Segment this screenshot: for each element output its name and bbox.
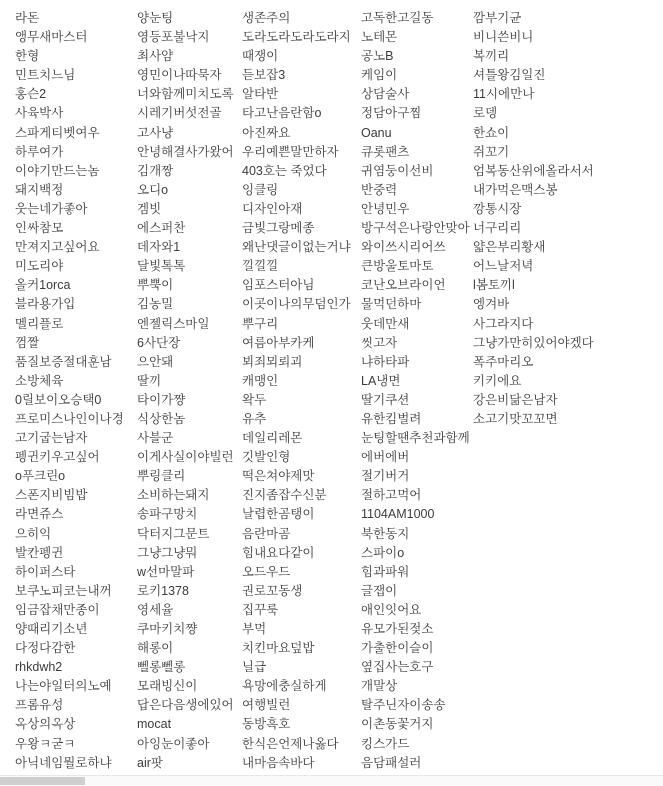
list-item: 동방흑호 xyxy=(242,715,351,734)
list-item: 귀염둥이선비 xyxy=(361,162,470,181)
list-item: 홍슨2 xyxy=(15,85,124,104)
list-item: 안녕해결사가왔어 xyxy=(137,143,234,162)
list-item: 공노B xyxy=(361,47,470,66)
list-item: 치킨마요덮밥 xyxy=(242,639,351,658)
list-item: 정담아구찜 xyxy=(361,104,470,123)
list-item: 블라용가입 xyxy=(15,295,124,314)
list-item: 모래빙신이 xyxy=(137,677,234,696)
list-item: 우리예쁜말만하자 xyxy=(242,143,351,162)
list-item: 이야기만드는놈 xyxy=(15,162,124,181)
nickname-column-4: 고독한고길동노테몬공노B케임이상담술사정담아구찜Oanu큐롯팬츠귀염둥이선비반중… xyxy=(361,9,470,773)
list-item: 깜부기균 xyxy=(473,9,594,28)
list-item: 엄복동산위에올라서서 xyxy=(473,162,594,181)
list-item: 으안돼 xyxy=(137,353,234,372)
list-item: 양때리기소년 xyxy=(15,620,124,639)
nickname-column-2: 양눈팅영등포불낙지최사얌영민이나따묵자너와함께미치도록시레기버섯전골고사냥안녕해… xyxy=(137,9,234,773)
list-item: 안녕민우 xyxy=(361,200,470,219)
list-item: 딸기쿠션 xyxy=(361,391,470,410)
list-item: 떡은쳐야제맛 xyxy=(242,467,351,486)
list-item: 뻴롱뻴롱 xyxy=(137,658,234,677)
list-item: 디자인아재 xyxy=(242,200,351,219)
list-item: 6사단장 xyxy=(137,334,234,353)
list-item: 데일리레몬 xyxy=(242,429,351,448)
list-item: 시레기버섯전골 xyxy=(137,104,234,123)
list-item: 웃데만새 xyxy=(361,315,470,334)
list-item: 양눈팅 xyxy=(137,9,234,28)
list-item: 복끼리 xyxy=(473,47,594,66)
list-item: 노테몬 xyxy=(361,28,470,47)
list-item: 로뎅 xyxy=(473,104,594,123)
list-item: 김개짱 xyxy=(137,162,234,181)
list-item: 엥겨바 xyxy=(473,295,594,314)
list-item: 타고난음란함o xyxy=(242,104,351,123)
list-item: 캐맹인 xyxy=(242,372,351,391)
list-item: 씻고자 xyxy=(361,334,470,353)
list-item: 만져지고싶어요 xyxy=(15,238,124,257)
list-item: 임포스터아님 xyxy=(242,276,351,295)
list-item: 쥐꼬기 xyxy=(473,143,594,162)
list-item: rhkdwh2 xyxy=(15,658,124,677)
list-item: 상담술사 xyxy=(361,85,470,104)
list-item: 소비하는돼지 xyxy=(137,486,234,505)
list-item: 에스퍼찬 xyxy=(137,219,234,238)
list-item: 비니쓴비니 xyxy=(473,28,594,47)
list-item: 애인잇어요 xyxy=(361,601,470,620)
list-item: 한쇼이 xyxy=(473,124,594,143)
list-item: 로키1378 xyxy=(137,582,234,601)
list-item: 절하고먹어 xyxy=(361,486,470,505)
list-item: 인싸참모 xyxy=(15,219,124,238)
list-item: 너구리리 xyxy=(473,219,594,238)
list-item: 키키에요 xyxy=(473,372,594,391)
list-item: 에버에버 xyxy=(361,448,470,467)
list-item: 냐하타파 xyxy=(361,353,470,372)
list-item: 미도리야 xyxy=(15,257,124,276)
list-item: 소방체육 xyxy=(15,372,124,391)
list-item: Oanu xyxy=(361,124,470,143)
list-item: 알타반 xyxy=(242,85,351,104)
list-item: 큐롯팬츠 xyxy=(361,143,470,162)
list-item: 권로꼬동생 xyxy=(242,582,351,601)
list-item: 아진짜요 xyxy=(242,124,351,143)
list-item: 껌짤 xyxy=(15,334,124,353)
list-item: 깡통시장 xyxy=(473,200,594,219)
list-item: 유모가된젖소 xyxy=(361,620,470,639)
list-item: 라돈 xyxy=(15,9,124,28)
list-item: air팟 xyxy=(137,754,234,773)
list-item: 북한동지 xyxy=(361,525,470,544)
list-item: 으히익 xyxy=(15,525,124,544)
list-item: 킹스가드 xyxy=(361,735,470,754)
list-item: 왁두 xyxy=(242,391,351,410)
list-item: 돼지백정 xyxy=(15,181,124,200)
list-item: 고기굽는남자 xyxy=(15,429,124,448)
list-item: 너와함께미치도록 xyxy=(137,85,234,104)
list-item: w선마말파 xyxy=(137,563,234,582)
list-item: 뿌링클리 xyxy=(137,467,234,486)
list-item: 한형 xyxy=(15,47,124,66)
list-item: 듣보잡3 xyxy=(242,66,351,85)
list-item: 스파이o xyxy=(361,544,470,563)
list-item: 0릴보이오승택0 xyxy=(15,391,124,410)
horizontal-scrollbar[interactable] xyxy=(0,775,663,786)
list-item: 해롱이 xyxy=(137,639,234,658)
list-item: 타이가쨩 xyxy=(137,391,234,410)
list-item: 식상한놈 xyxy=(137,410,234,429)
nickname-list-page: 라돈앵무새마스터한형민트치느님홍슨2사육박사스파게티벳여우하루여가이야기만드는놈… xyxy=(0,0,663,786)
list-item: o푸크린o xyxy=(15,467,124,486)
list-item: 물먹던하마 xyxy=(361,295,470,314)
list-item: 폭주마리오 xyxy=(473,353,594,372)
list-item: 셔틀왕김일진 xyxy=(473,66,594,85)
list-item: 얇은부리황새 xyxy=(473,238,594,257)
list-item: 아닉네임뭘로하냐 xyxy=(15,754,124,773)
list-item: 뵈죄뫼뢰괴 xyxy=(242,353,351,372)
list-item: 개말상 xyxy=(361,677,470,696)
list-item: 아잉눈이좋아 xyxy=(137,735,234,754)
list-item: 여름아부카케 xyxy=(242,334,351,353)
list-item: mocat xyxy=(137,715,234,734)
list-item: 힘내요다같이 xyxy=(242,544,351,563)
list-item: 글잽이 xyxy=(361,582,470,601)
list-item: 이곳이나의무덤인가 xyxy=(242,295,351,314)
nickname-column-5: 깜부기균비니쓴비니복끼리셔틀왕김일진11시에만나로뎅한쇼이쥐꼬기엄복동산위에올라… xyxy=(473,9,594,429)
list-item: 뿌뿍이 xyxy=(137,276,234,295)
list-item: 음란마곰 xyxy=(242,525,351,544)
list-item: 힘과파워 xyxy=(361,563,470,582)
list-item: 송파구망치 xyxy=(137,505,234,524)
list-item: 낄낄낄 xyxy=(242,257,351,276)
list-item: 생존주의 xyxy=(242,9,351,28)
list-item: 딸끼 xyxy=(137,372,234,391)
list-item: 사그라지다 xyxy=(473,315,594,334)
list-item: 왜난댓글이없는거냐 xyxy=(242,238,351,257)
list-item: l봄토끼l xyxy=(473,276,594,295)
list-item: 도라도라도라도라지 xyxy=(242,28,351,47)
list-item: 나는야일터의노예 xyxy=(15,677,124,696)
list-item: 금빛그랑메종 xyxy=(242,219,351,238)
list-item: 큰방울토마토 xyxy=(361,257,470,276)
nickname-column-3: 생존주의도라도라도라도라지때쟁이듣보잡3알타반타고난음란함o아진짜요우리예쁜말만… xyxy=(242,9,351,773)
list-item: 집꾸룩 xyxy=(242,601,351,620)
list-item: 코난오브라이언 xyxy=(361,276,470,295)
nickname-column-1: 라돈앵무새마스터한형민트치느님홍슨2사육박사스파게티벳여우하루여가이야기만드는놈… xyxy=(15,9,124,773)
list-item: 403호는 죽었다 xyxy=(242,162,351,181)
list-item: 데자와1 xyxy=(137,238,234,257)
list-item: 탈주닌자이송송 xyxy=(361,696,470,715)
list-item: 보쿠노피코는내꺼 xyxy=(15,582,124,601)
list-item: 부먹 xyxy=(242,620,351,639)
list-item: 한식은언제나옳다 xyxy=(242,735,351,754)
list-item: LA냉면 xyxy=(361,372,470,391)
list-item: 겜빗 xyxy=(137,200,234,219)
list-item: 쿠마키치쨩 xyxy=(137,620,234,639)
list-item: 여행빌런 xyxy=(242,696,351,715)
list-item: 김농밀 xyxy=(137,295,234,314)
list-item: 절기버거 xyxy=(361,467,470,486)
list-item: 영등포불낙지 xyxy=(137,28,234,47)
list-item: 멜리플로 xyxy=(15,315,124,334)
list-item: 유추 xyxy=(242,410,351,429)
list-item: 펭귄키우고싶어 xyxy=(15,448,124,467)
list-item: 영민이나따묵자 xyxy=(137,66,234,85)
list-item: 고독한고길동 xyxy=(361,9,470,28)
list-item: 강은비닮은남자 xyxy=(473,391,594,410)
list-item: 때쟁이 xyxy=(242,47,351,66)
list-item: 라면쥬스 xyxy=(15,505,124,524)
list-item: 스파게티벳여우 xyxy=(15,124,124,143)
list-item: 가출한이슬이 xyxy=(361,639,470,658)
list-item: 엔젤릭스마일 xyxy=(137,315,234,334)
list-item: 어느날저녁 xyxy=(473,257,594,276)
list-item: 이촌동꽃거지 xyxy=(361,715,470,734)
list-item: 방구석은나랑안맞아 xyxy=(361,219,470,238)
list-item: 오디o xyxy=(137,181,234,200)
list-item: 11시에만나 xyxy=(473,85,594,104)
list-item: 그냥가만히있어야겠다 xyxy=(473,334,594,353)
list-item: 하루여가 xyxy=(15,143,124,162)
list-item: 달빛톡톡 xyxy=(137,257,234,276)
list-item: 옆집사는호구 xyxy=(361,658,470,677)
list-item: 이게사실이야빌런 xyxy=(137,448,234,467)
list-item: 1104AM1000 xyxy=(361,505,470,524)
list-item: 최사얌 xyxy=(137,47,234,66)
list-item: 사육박사 xyxy=(15,104,124,123)
list-item: 앵무새마스터 xyxy=(15,28,124,47)
list-item: 프롬유성 xyxy=(15,696,124,715)
list-item: 우왕ㅋ굳ㅋ xyxy=(15,735,124,754)
list-item: 내마음속바다 xyxy=(242,754,351,773)
list-item: 고사냥 xyxy=(137,124,234,143)
list-item: 닥터지그문트 xyxy=(137,525,234,544)
list-item: 다정다감한 xyxy=(15,639,124,658)
list-item: 영세율 xyxy=(137,601,234,620)
list-item: 반중력 xyxy=(361,181,470,200)
list-item: 임금잡채만종이 xyxy=(15,601,124,620)
list-item: 유한킴벌려 xyxy=(361,410,470,429)
list-item: 옥상의옥상 xyxy=(15,715,124,734)
list-item: 품질보증절대훈남 xyxy=(15,353,124,372)
list-item: 닐급 xyxy=(242,658,351,677)
list-item: 그냥그냥뭐 xyxy=(137,544,234,563)
list-item: 와이쓰시리어쓰 xyxy=(361,238,470,257)
list-item: 웃는네가좋아 xyxy=(15,200,124,219)
list-item: 뿌구리 xyxy=(242,315,351,334)
list-item: 발칸펭귄 xyxy=(15,544,124,563)
list-item: 스폰지비빔밥 xyxy=(15,486,124,505)
list-item: 소고기맛꼬꼬면 xyxy=(473,410,594,429)
list-item: 진지좀잡수신분 xyxy=(242,486,351,505)
list-item: 욕망에충실하게 xyxy=(242,677,351,696)
list-item: 음담패설러 xyxy=(361,754,470,773)
list-item: 내가먹은맥스봉 xyxy=(473,181,594,200)
list-item: 잉클링 xyxy=(242,181,351,200)
scrollbar-thumb[interactable] xyxy=(0,777,85,785)
list-item: 날렵한곰탱이 xyxy=(242,505,351,524)
list-item: 민트치느님 xyxy=(15,66,124,85)
list-item: 프로미스나인이나경 xyxy=(15,410,124,429)
list-item: 오드우드 xyxy=(242,563,351,582)
list-item: 깃발인형 xyxy=(242,448,351,467)
list-item: 케임이 xyxy=(361,66,470,85)
list-item: 올커1orca xyxy=(15,276,124,295)
list-item: 하이퍼스타 xyxy=(15,563,124,582)
list-item: 사블군 xyxy=(137,429,234,448)
list-item: 답은다음생에있어 xyxy=(137,696,234,715)
list-item: 눈팅할땐추천과함께 xyxy=(361,429,470,448)
